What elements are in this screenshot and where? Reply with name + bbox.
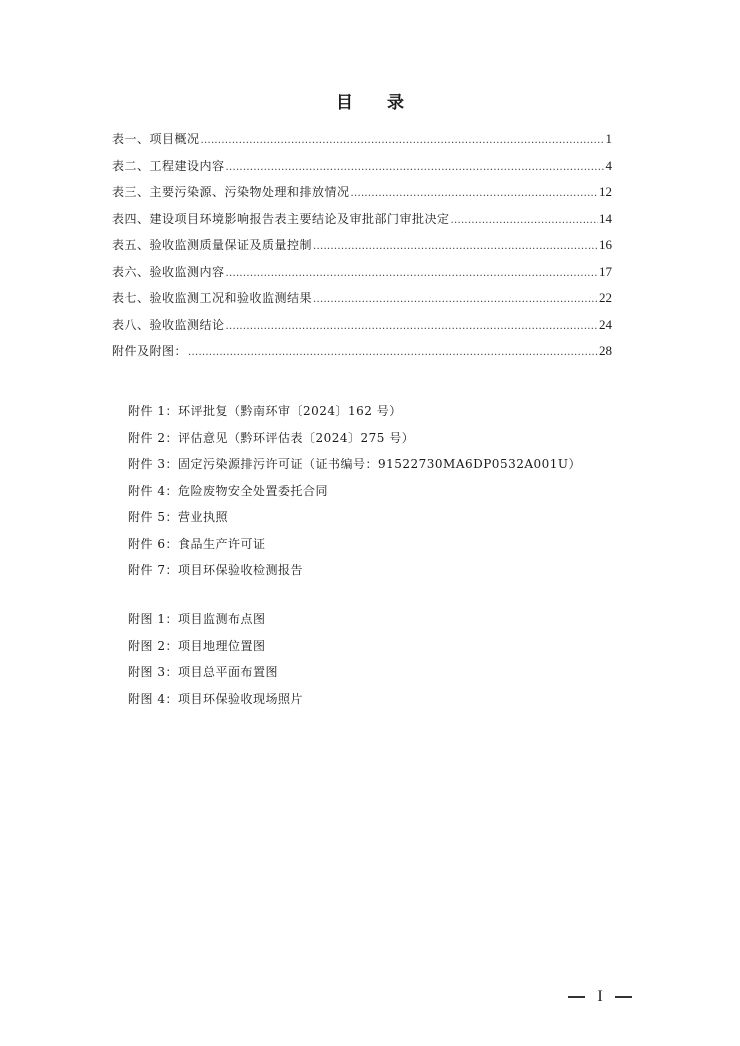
page-title: 目 录 (0, 88, 740, 113)
attachment-item: 附件 5：营业执照 (128, 508, 581, 535)
toc-entry[interactable]: 表七、验收监测工况和验收监测结果 22 (112, 289, 612, 316)
toc-entry-page: 1 (606, 131, 613, 147)
figures-list: 附图 1：项目监测布点图 附图 2：项目地理位置图 附图 3：项目总平面布置图 … (128, 610, 303, 716)
figure-item: 附图 3：项目总平面布置图 (128, 663, 303, 690)
attachment-item: 附件 1：环评批复（黔南环审〔2024〕162 号） (128, 402, 581, 429)
page-footer: I (560, 988, 640, 1006)
attachments-list: 附件 1：环评批复（黔南环审〔2024〕162 号） 附件 2：评估意见（黔环评… (128, 402, 581, 588)
toc-entry[interactable]: 附件及附图： 28 (112, 342, 612, 369)
attachment-item: 附件 7：项目环保验收检测报告 (128, 561, 581, 588)
toc-entry-label: 表六、验收监测内容 (112, 263, 225, 280)
toc-leader-dots (313, 294, 598, 305)
toc-entry-page: 16 (599, 237, 612, 253)
toc-entry-label: 表三、主要污染源、污染物处理和排放情况 (112, 183, 350, 200)
toc-entry-page: 17 (599, 264, 612, 280)
footer-dash-left (568, 996, 585, 998)
toc-leader-dots (226, 321, 598, 332)
toc-entry-label: 表八、验收监测结论 (112, 316, 225, 333)
toc-entry[interactable]: 表三、主要污染源、污染物处理和排放情况 12 (112, 183, 612, 210)
toc-entry[interactable]: 表六、验收监测内容 17 (112, 263, 612, 290)
toc-entry[interactable]: 表一、项目概况 1 (112, 130, 612, 157)
toc-entry-label: 表五、验收监测质量保证及质量控制 (112, 236, 312, 253)
figure-item: 附图 2：项目地理位置图 (128, 637, 303, 664)
table-of-contents: 表一、项目概况 1 表二、工程建设内容 4 表三、主要污染源、污染物处理和排放情… (112, 130, 612, 369)
toc-entry[interactable]: 表五、验收监测质量保证及质量控制 16 (112, 236, 612, 263)
toc-entry-page: 22 (599, 290, 612, 306)
toc-entry[interactable]: 表二、工程建设内容 4 (112, 157, 612, 184)
attachment-item: 附件 3：固定污染源排污许可证（证书编号：91522730MA6DP0532A0… (128, 455, 581, 482)
toc-leader-dots (451, 215, 598, 226)
toc-leader-dots (351, 188, 598, 199)
attachment-item: 附件 4：危险废物安全处置委托合同 (128, 482, 581, 509)
page-number: I (597, 988, 602, 1006)
figure-item: 附图 4：项目环保验收现场照片 (128, 690, 303, 717)
attachment-item: 附件 2：评估意见（黔环评估表〔2024〕275 号） (128, 429, 581, 456)
footer-dash-right (615, 996, 632, 998)
toc-entry-label: 表一、项目概况 (112, 130, 200, 147)
toc-entry-label: 表四、建设项目环境影响报告表主要结论及审批部门审批决定 (112, 210, 450, 227)
toc-leader-dots (201, 135, 605, 146)
toc-entry-page: 14 (599, 211, 612, 227)
toc-leader-dots (188, 347, 598, 358)
toc-entry[interactable]: 表八、验收监测结论 24 (112, 316, 612, 343)
toc-leader-dots (226, 268, 598, 279)
toc-entry-page: 4 (606, 158, 613, 174)
toc-entry-label: 表二、工程建设内容 (112, 157, 225, 174)
toc-leader-dots (313, 241, 598, 252)
toc-entry-label: 表七、验收监测工况和验收监测结果 (112, 289, 312, 306)
toc-entry-label: 附件及附图： (112, 342, 187, 359)
toc-leader-dots (226, 162, 605, 173)
attachment-item: 附件 6：食品生产许可证 (128, 535, 581, 562)
toc-entry[interactable]: 表四、建设项目环境影响报告表主要结论及审批部门审批决定 14 (112, 210, 612, 237)
toc-entry-page: 28 (599, 343, 612, 359)
figure-item: 附图 1：项目监测布点图 (128, 610, 303, 637)
toc-entry-page: 24 (599, 317, 612, 333)
toc-entry-page: 12 (599, 184, 612, 200)
